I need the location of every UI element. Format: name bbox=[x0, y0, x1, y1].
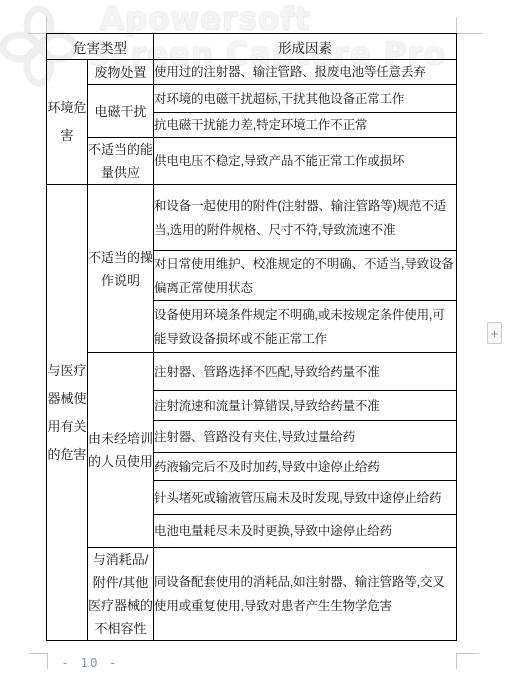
page-number: - 10 - bbox=[58, 655, 122, 670]
subcategory-cell: 废物处置 bbox=[88, 60, 154, 85]
factor-cell: 同设备配套使用的消耗品,如注射器、输注管路等,交叉使用或重复使用,导致对患者产生… bbox=[154, 548, 457, 641]
subcategory-cell: 不适当的操作说明 bbox=[88, 185, 154, 353]
crop-mark-bottom-left bbox=[29, 653, 47, 654]
factor-cell: 注射流速和流量计算错误,导致给药量不准 bbox=[154, 391, 457, 421]
crop-mark-top-right bbox=[457, 33, 483, 34]
subcategory-cell: 由未经培训的人员使用 bbox=[88, 353, 154, 548]
crop-mark-top-left bbox=[46, 17, 47, 33]
crop-mark-bottom-right bbox=[457, 653, 479, 654]
factor-cell: 对日常使用维护、校准规定的不明确、不适当,导致设备偏离正常使用状态 bbox=[154, 251, 457, 301]
factor-cell: 针头堵死或输液管压扁未及时发现,导致中途停止给药 bbox=[154, 481, 457, 515]
subcategory-cell: 电磁干扰 bbox=[88, 85, 154, 138]
factor-cell: 使用过的注射器、输注管路、报废电池等任意丢弃 bbox=[154, 60, 457, 85]
factor-cell: 注射器、管路选择不匹配,导致给药量不准 bbox=[154, 353, 457, 391]
category-cell: 环境危害 bbox=[47, 60, 88, 185]
subcategory-cell: 不适当的能量供应 bbox=[88, 138, 154, 185]
document-page: Apowersoft Screen Capture Pro 危害类型 形成因素 … bbox=[0, 0, 513, 691]
factor-cell: 抗电磁干扰能力差,特定环境工作不正常 bbox=[154, 113, 457, 138]
crop-mark-bottom-left bbox=[47, 653, 48, 669]
subcategory-cell: 与消耗品/附件/其他医疗器械的不相容性 bbox=[88, 548, 154, 641]
watermark-line1: Apowersoft bbox=[100, 1, 311, 37]
factor-cell: 电池电量耗尽未及时更换,导致中途停止给药 bbox=[154, 515, 457, 548]
table-header-factors: 形成因素 bbox=[154, 34, 457, 60]
factor-cell: 对环境的电磁干扰超标,干扰其他设备正常工作 bbox=[154, 85, 457, 113]
crop-mark-bottom-right bbox=[456, 653, 457, 669]
factor-cell: 设备使用环境条件规定不明确,或未按规定条件使用,可能导致设备损坏或不能正常工作 bbox=[154, 301, 457, 353]
factor-cell: 药液输完后不及时加药,导致中途停止给药 bbox=[154, 453, 457, 481]
category-cell: 与医疗器械使用有关的危害 bbox=[47, 185, 88, 641]
plus-button[interactable]: + bbox=[487, 322, 502, 344]
factor-cell: 供电电压不稳定,导致产品不能正常工作或损坏 bbox=[154, 138, 457, 185]
table-header-category: 危害类型 bbox=[47, 34, 154, 60]
hazard-table: 危害类型 形成因素 环境危害 废物处置 使用过的注射器、输注管路、报废电池等任意… bbox=[46, 33, 457, 641]
factor-cell: 和设备一起使用的附件(注射器、输注管路等)规范不适当,选用的附件规格、尺寸不符,… bbox=[154, 185, 457, 251]
crop-mark-top-right bbox=[456, 17, 457, 33]
factor-cell: 注射器、管路没有夹住,导致过量给药 bbox=[154, 421, 457, 453]
crop-mark-top-left bbox=[28, 33, 46, 34]
